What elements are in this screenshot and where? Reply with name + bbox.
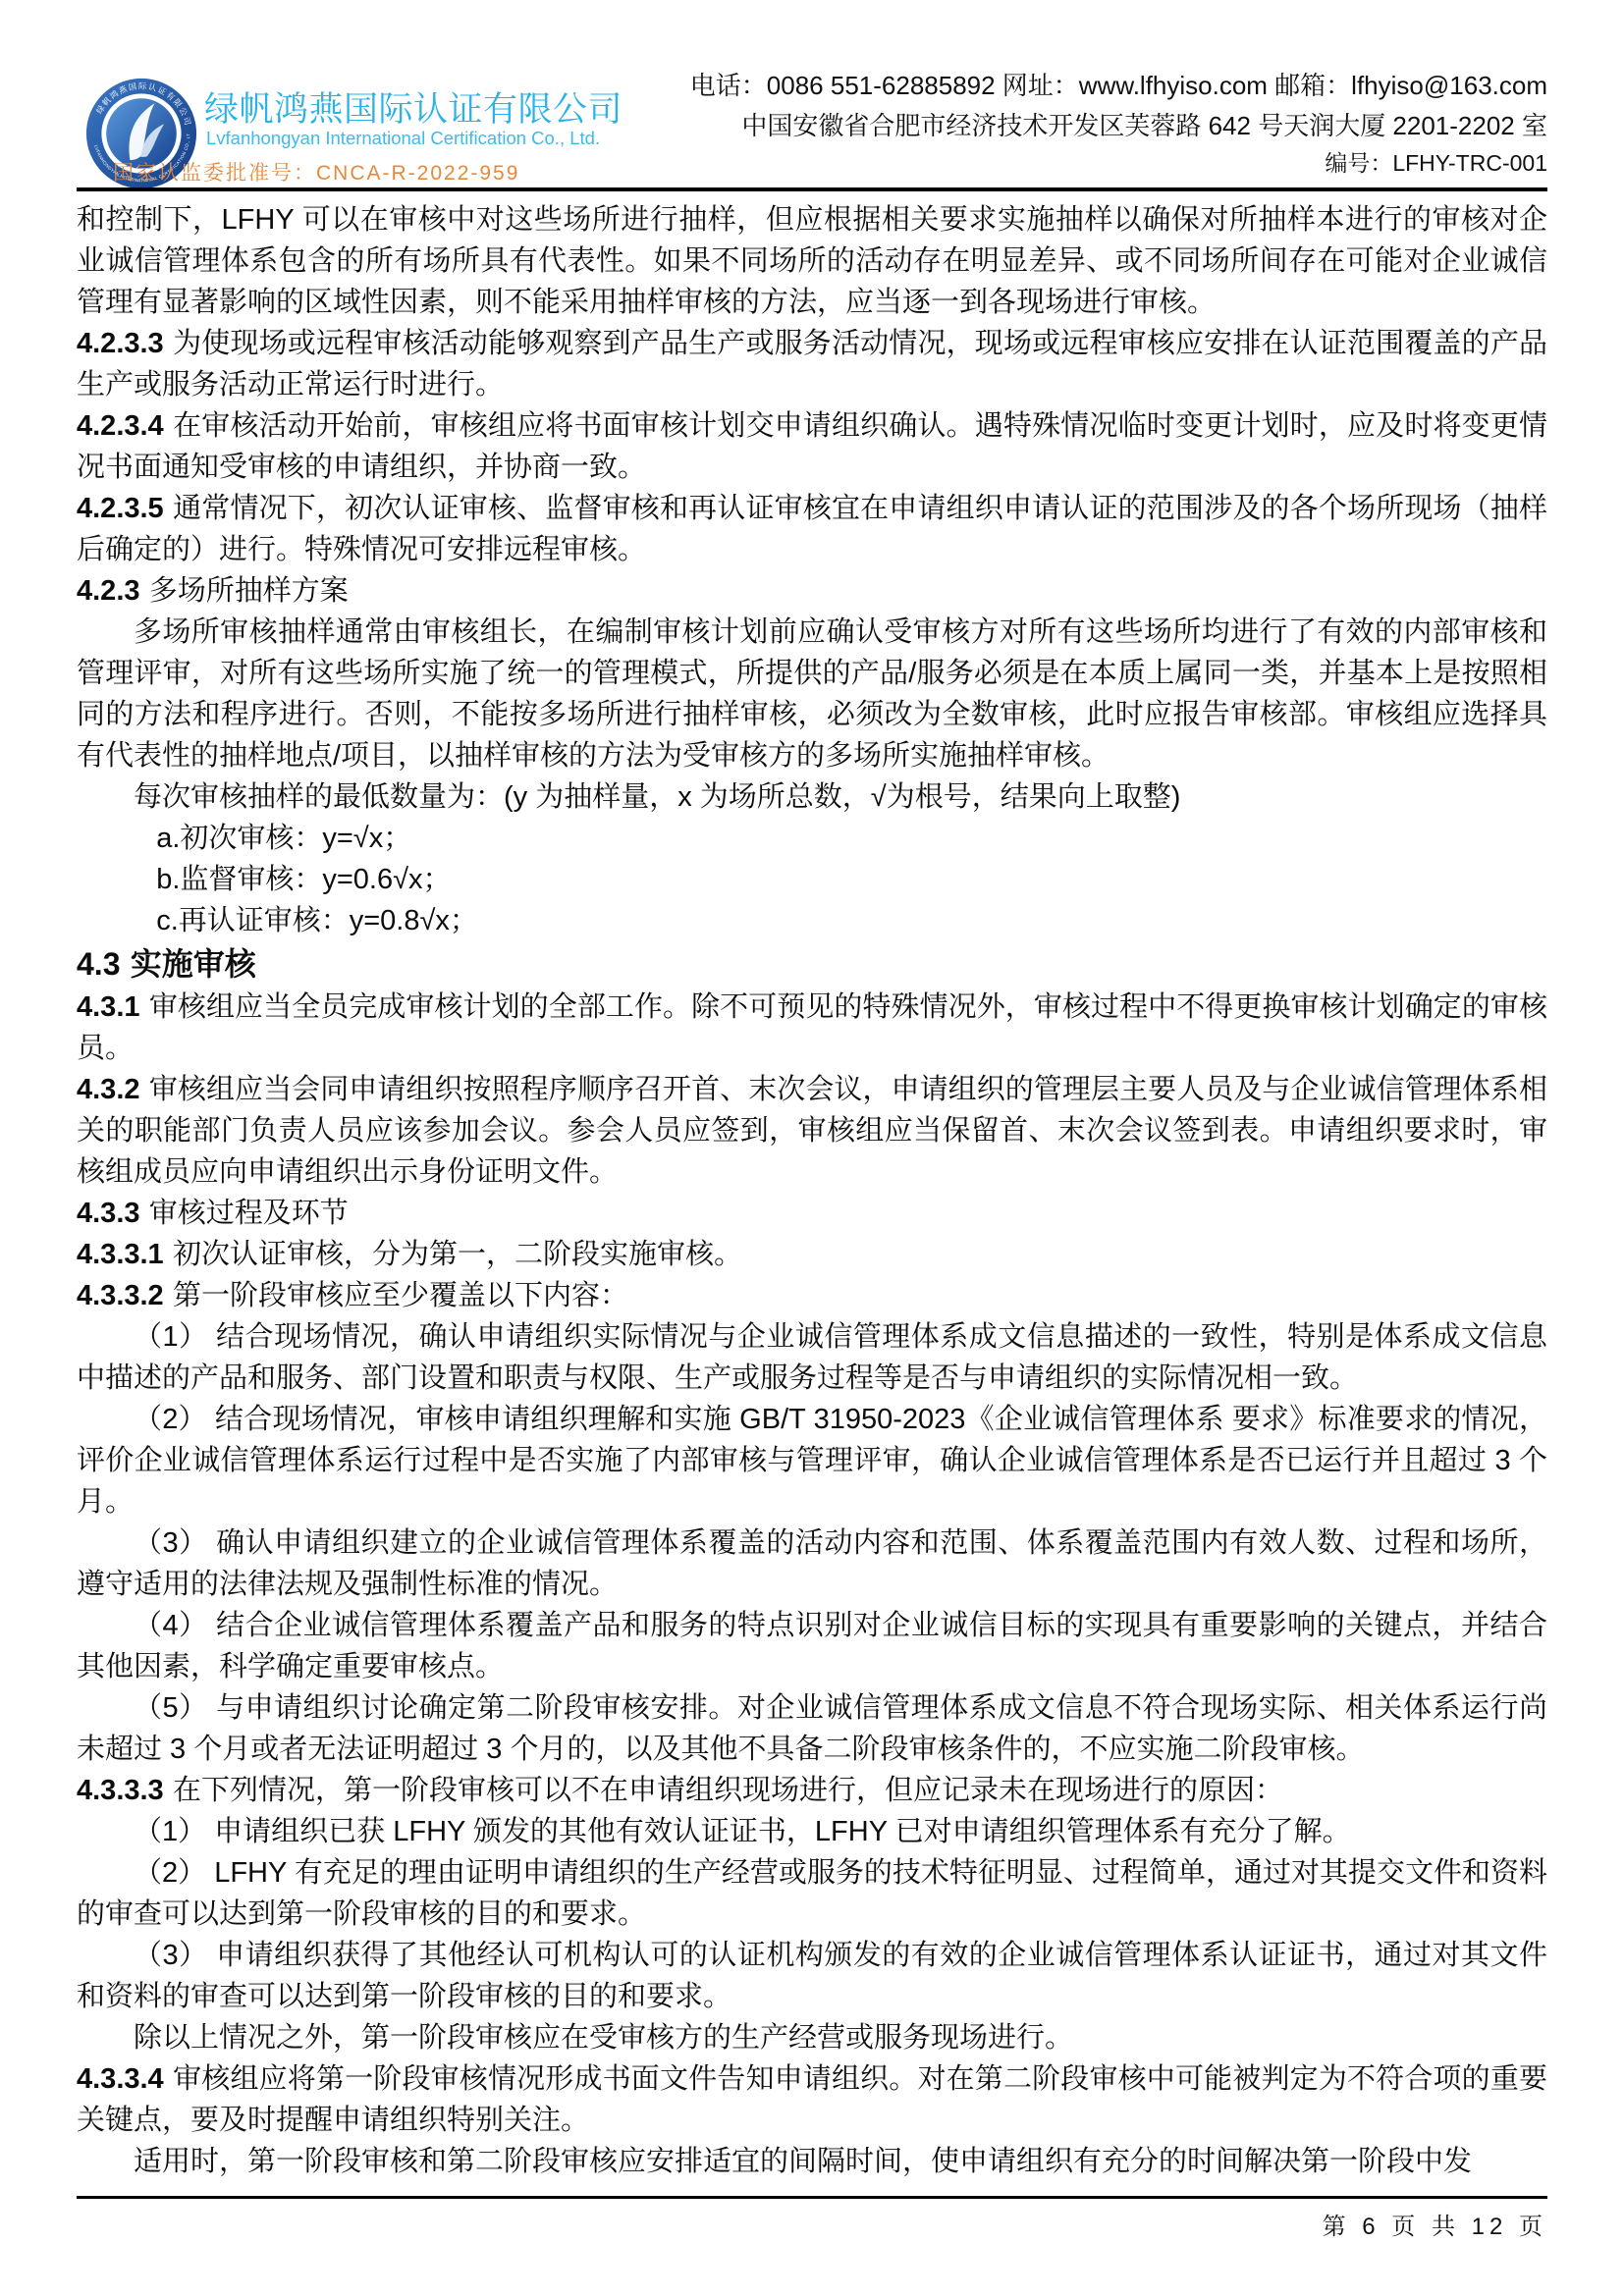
paragraph: c.再认证审核：y=0.8√x；: [77, 900, 1547, 941]
paragraph-text: 实施审核: [131, 946, 256, 982]
paragraph: b.监督审核：y=0.6√x；: [77, 859, 1547, 900]
paragraph-text: 审核组应当全员完成审核计划的全部工作。除不可预见的特殊情况外，审核过程中不得更换…: [77, 991, 1547, 1064]
section-number: 4.2.3.3: [77, 328, 164, 359]
contact-address: 中国安徽省合肥市经济技术开发区芙蓉路 642 号天润大厦 2201-2202 室: [690, 106, 1547, 145]
paragraph-text: （4） 结合企业诚信管理体系覆盖产品和服务的特点识别对企业诚信目标的实现具有重要…: [77, 1610, 1547, 1682]
paragraph-text: 初次认证审核，分为第一，二阶段实施审核。: [173, 1239, 742, 1270]
paragraph-text: 审核过程及环节: [149, 1198, 349, 1229]
paragraph: 多场所审核抽样通常由审核组长，在编制审核计划前应确认受审核方对所有这些场所均进行…: [77, 612, 1547, 776]
paragraph-text: 多场所抽样方案: [149, 575, 349, 607]
contact-block: 电话：0086 551-62885892 网址：www.lfhyiso.com …: [690, 65, 1547, 181]
paragraph-text: 通常情况下，初次认证审核、监督审核和再认证审核宜在申请组织申请认证的范围涉及的各…: [77, 493, 1547, 565]
section-number: 4.3: [77, 946, 120, 982]
section-number: 4.2.3: [77, 575, 140, 607]
approval-number-line: 国家认监委批准号：CNCA-R-2022-959: [113, 157, 519, 187]
paragraph: 4.3.3.2第一阶段审核应至少覆盖以下内容：: [77, 1275, 1547, 1316]
footer-divider: [77, 2196, 1547, 2199]
paragraph-text: （5） 与申请组织讨论确定第二阶段审核安排。对企业诚信管理体系成文信息不符合现场…: [77, 1692, 1547, 1765]
paragraph-text: c.再认证审核：y=0.8√x；: [156, 905, 478, 936]
paragraph-text: 每次审核抽样的最低数量为：(y 为抽样量，x 为场所总数，√为根号，结果向上取整…: [134, 781, 1180, 813]
header-divider: [77, 187, 1547, 191]
paragraph: a.初次审核：y=√x；: [77, 818, 1547, 859]
paragraph: （1） 结合现场情况，确认申请组织实际情况与企业诚信管理体系成文信息描述的一致性…: [77, 1316, 1547, 1399]
section-number: 4.3.1: [77, 991, 140, 1023]
paragraph-text: （2） 结合现场情况，审核申请组织理解和实施 GB/T 31950-2023《企…: [77, 1404, 1547, 1518]
paragraph-text: 除以上情况之外，第一阶段审核应在受审核方的生产经营或服务现场进行。: [134, 2022, 1073, 2054]
paragraph: 4.2.3.3为使现场或远程审核活动能够观察到产品生产或服务活动情况，现场或远程…: [77, 323, 1547, 405]
document-body: 和控制下，LFHY 可以在审核中对这些场所进行抽样，但应根据相关要求实施抽样以确…: [77, 199, 1547, 2182]
paragraph: 4.3.3.1初次认证审核，分为第一，二阶段实施审核。: [77, 1234, 1547, 1275]
paragraph-text: 适用时，第一阶段审核和第二阶段审核应安排适宜的间隔时间，使申请组织有充分的时间解…: [134, 2146, 1472, 2177]
paragraph-text: 为使现场或远程审核活动能够观察到产品生产或服务活动情况，现场或远程审核应安排在认…: [77, 328, 1547, 400]
paragraph: 4.2.3.5通常情况下，初次认证审核、监督审核和再认证审核宜在申请组织申请认证…: [77, 488, 1547, 570]
paragraph-text: 在审核活动开始前，审核组应将书面审核计划交申请组织确认。遇特殊情况临时变更计划时…: [77, 410, 1547, 483]
paragraph: 4.2.3多场所抽样方案: [77, 570, 1547, 612]
company-name-en: Lvfanhongyan International Certification…: [206, 128, 600, 149]
contact-phone-web-email: 电话：0086 551-62885892 网址：www.lfhyiso.com …: [690, 65, 1547, 106]
paragraph-text: （3） 申请组织获得了其他经认可机构认可的认证机构颁发的有效的企业诚信管理体系认…: [77, 1940, 1547, 2012]
paragraph-text: （1） 申请组织已获 LFHY 颁发的其他有效认证证书，LFHY 已对申请组织管…: [134, 1816, 1351, 1847]
paragraph-text: 在下列情况，第一阶段审核可以不在申请组织现场进行，但应记录未在现场进行的原因：: [173, 1775, 1283, 1806]
paragraph-text: 第一阶段审核应至少覆盖以下内容：: [173, 1280, 628, 1311]
paragraph-text: （3） 确认申请组织建立的企业诚信管理体系覆盖的活动内容和范围、体系覆盖范围内有…: [77, 1527, 1547, 1600]
paragraph: 4.3.2审核组应当会同申请组织按照程序顺序召开首、末次会议，申请组织的管理层主…: [77, 1069, 1547, 1193]
paragraph-text: 审核组应当会同申请组织按照程序顺序召开首、末次会议，申请组织的管理层主要人员及与…: [77, 1074, 1547, 1188]
paragraph: 每次审核抽样的最低数量为：(y 为抽样量，x 为场所总数，√为根号，结果向上取整…: [77, 776, 1547, 818]
paragraph-text: （2） LFHY 有充足的理由证明申请组织的生产经营或服务的技术特征明显、过程简…: [77, 1857, 1547, 1930]
paragraph: （4） 结合企业诚信管理体系覆盖产品和服务的特点识别对企业诚信目标的实现具有重要…: [77, 1605, 1547, 1687]
paragraph: 适用时，第一阶段审核和第二阶段审核应安排适宜的间隔时间，使申请组织有充分的时间解…: [77, 2141, 1547, 2182]
paragraph: （3） 确认申请组织建立的企业诚信管理体系覆盖的活动内容和范围、体系覆盖范围内有…: [77, 1522, 1547, 1605]
page-number: 第 6 页 共 12 页: [1323, 2207, 1547, 2241]
section-heading: 4.3实施审核: [77, 941, 1547, 987]
section-number: 4.3.3.3: [77, 1775, 164, 1806]
paragraph: （5） 与申请组织讨论确定第二阶段审核安排。对企业诚信管理体系成文信息不符合现场…: [77, 1687, 1547, 1770]
paragraph: 4.3.3审核过程及环节: [77, 1193, 1547, 1234]
paragraph: 4.2.3.4在审核活动开始前，审核组应将书面审核计划交申请组织确认。遇特殊情况…: [77, 405, 1547, 488]
section-number: 4.3.3.2: [77, 1280, 164, 1311]
paragraph: （3） 申请组织获得了其他经认可机构认可的认证机构颁发的有效的企业诚信管理体系认…: [77, 1935, 1547, 2017]
paragraph-text: 多场所审核抽样通常由审核组长，在编制审核计划前应确认受审核方对所有这些场所均进行…: [77, 616, 1547, 772]
company-name-cn: 绿帆鸿燕国际认证有限公司: [204, 82, 623, 132]
paragraph: 4.3.3.4审核组应将第一阶段审核情况形成书面文件告知申请组织。对在第二阶段审…: [77, 2058, 1547, 2141]
section-number: 4.2.3.4: [77, 410, 164, 442]
paragraph: 4.3.3.3在下列情况，第一阶段审核可以不在申请组织现场进行，但应记录未在现场…: [77, 1770, 1547, 1811]
paragraph: （2） 结合现场情况，审核申请组织理解和实施 GB/T 31950-2023《企…: [77, 1399, 1547, 1522]
paragraph: （2） LFHY 有充足的理由证明申请组织的生产经营或服务的技术特征明显、过程简…: [77, 1852, 1547, 1935]
section-number: 4.3.3.4: [77, 2063, 164, 2095]
paragraph-text: 审核组应将第一阶段审核情况形成书面文件告知申请组织。对在第二阶段审核中可能被判定…: [77, 2063, 1547, 2136]
paragraph: 和控制下，LFHY 可以在审核中对这些场所进行抽样，但应根据相关要求实施抽样以确…: [77, 199, 1547, 323]
section-number: 4.3.3.1: [77, 1239, 164, 1270]
section-number: 4.3.3: [77, 1198, 140, 1229]
paragraph: （1） 申请组织已获 LFHY 颁发的其他有效认证证书，LFHY 已对申请组织管…: [77, 1811, 1547, 1852]
paragraph-text: b.监督审核：y=0.6√x；: [156, 864, 451, 895]
paragraph-text: 和控制下，LFHY 可以在审核中对这些场所进行抽样，但应根据相关要求实施抽样以确…: [77, 204, 1547, 318]
paragraph-text: （1） 结合现场情况，确认申请组织实际情况与企业诚信管理体系成文信息描述的一致性…: [77, 1321, 1547, 1394]
document-number: 编号：LFHY-TRC-001: [690, 145, 1547, 181]
document-page: 绿帆鸿燕国际认证有限公司 LVFANHONGYAN INTERNATIONAL …: [0, 0, 1624, 2296]
section-number: 4.3.2: [77, 1074, 140, 1105]
section-number: 4.2.3.5: [77, 493, 164, 524]
paragraph: 4.3.1审核组应当全员完成审核计划的全部工作。除不可预见的特殊情况外，审核过程…: [77, 987, 1547, 1069]
paragraph-text: a.初次审核：y=√x；: [156, 823, 411, 854]
paragraph: 除以上情况之外，第一阶段审核应在受审核方的生产经营或服务现场进行。: [77, 2017, 1547, 2058]
